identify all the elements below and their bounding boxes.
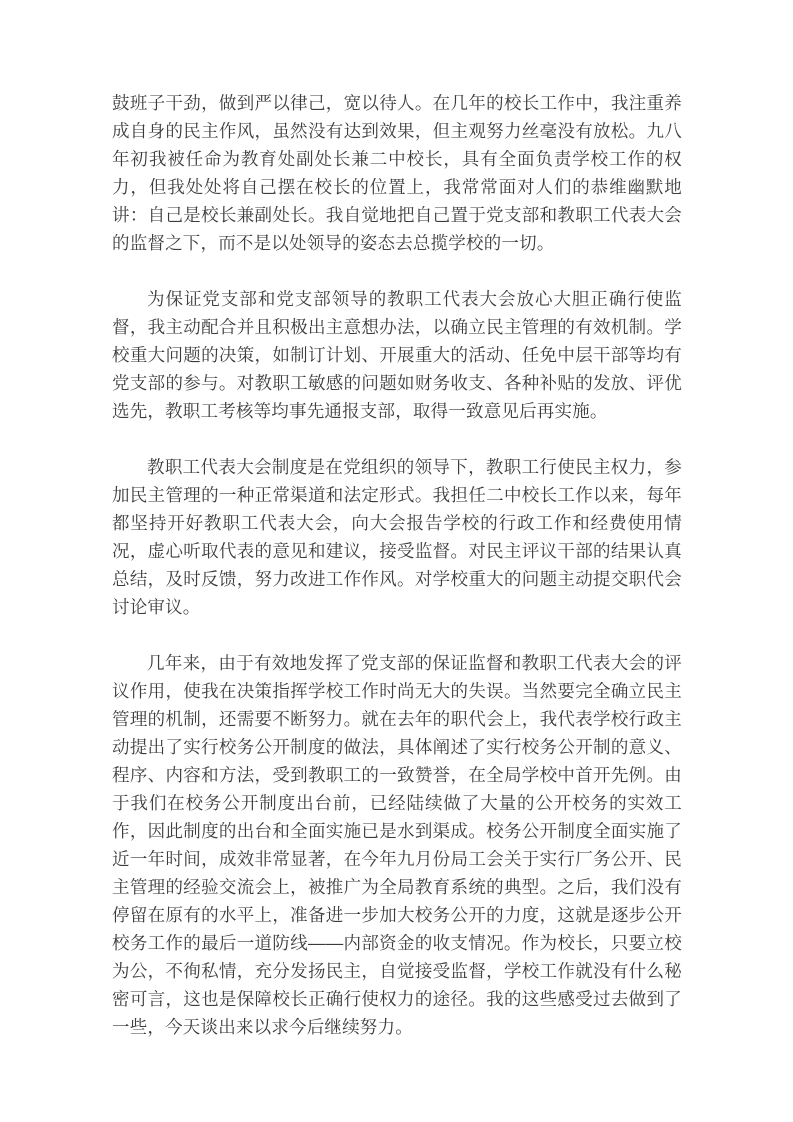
paragraph-2: 为保证党支部和党支部领导的教职工代表大会放心大胆正确行使监督，我主动配合并且积极…: [112, 285, 682, 425]
paragraph-3: 教职工代表大会制度是在党组织的领导下，教职工行使民主权力，参加民主管理的一种正常…: [112, 453, 682, 621]
paragraph-4: 几年来，由于有效地发挥了党支部的保证监督和教职工代表大会的评议作用，使我在决策指…: [112, 649, 682, 1041]
paragraph-1: 鼓班子干劲，做到严以律己，宽以待人。在几年的校长工作中，我注重养成自身的民主作风…: [112, 89, 682, 257]
document-body: 鼓班子干劲，做到严以律己，宽以待人。在几年的校长工作中，我注重养成自身的民主作风…: [112, 89, 682, 1041]
